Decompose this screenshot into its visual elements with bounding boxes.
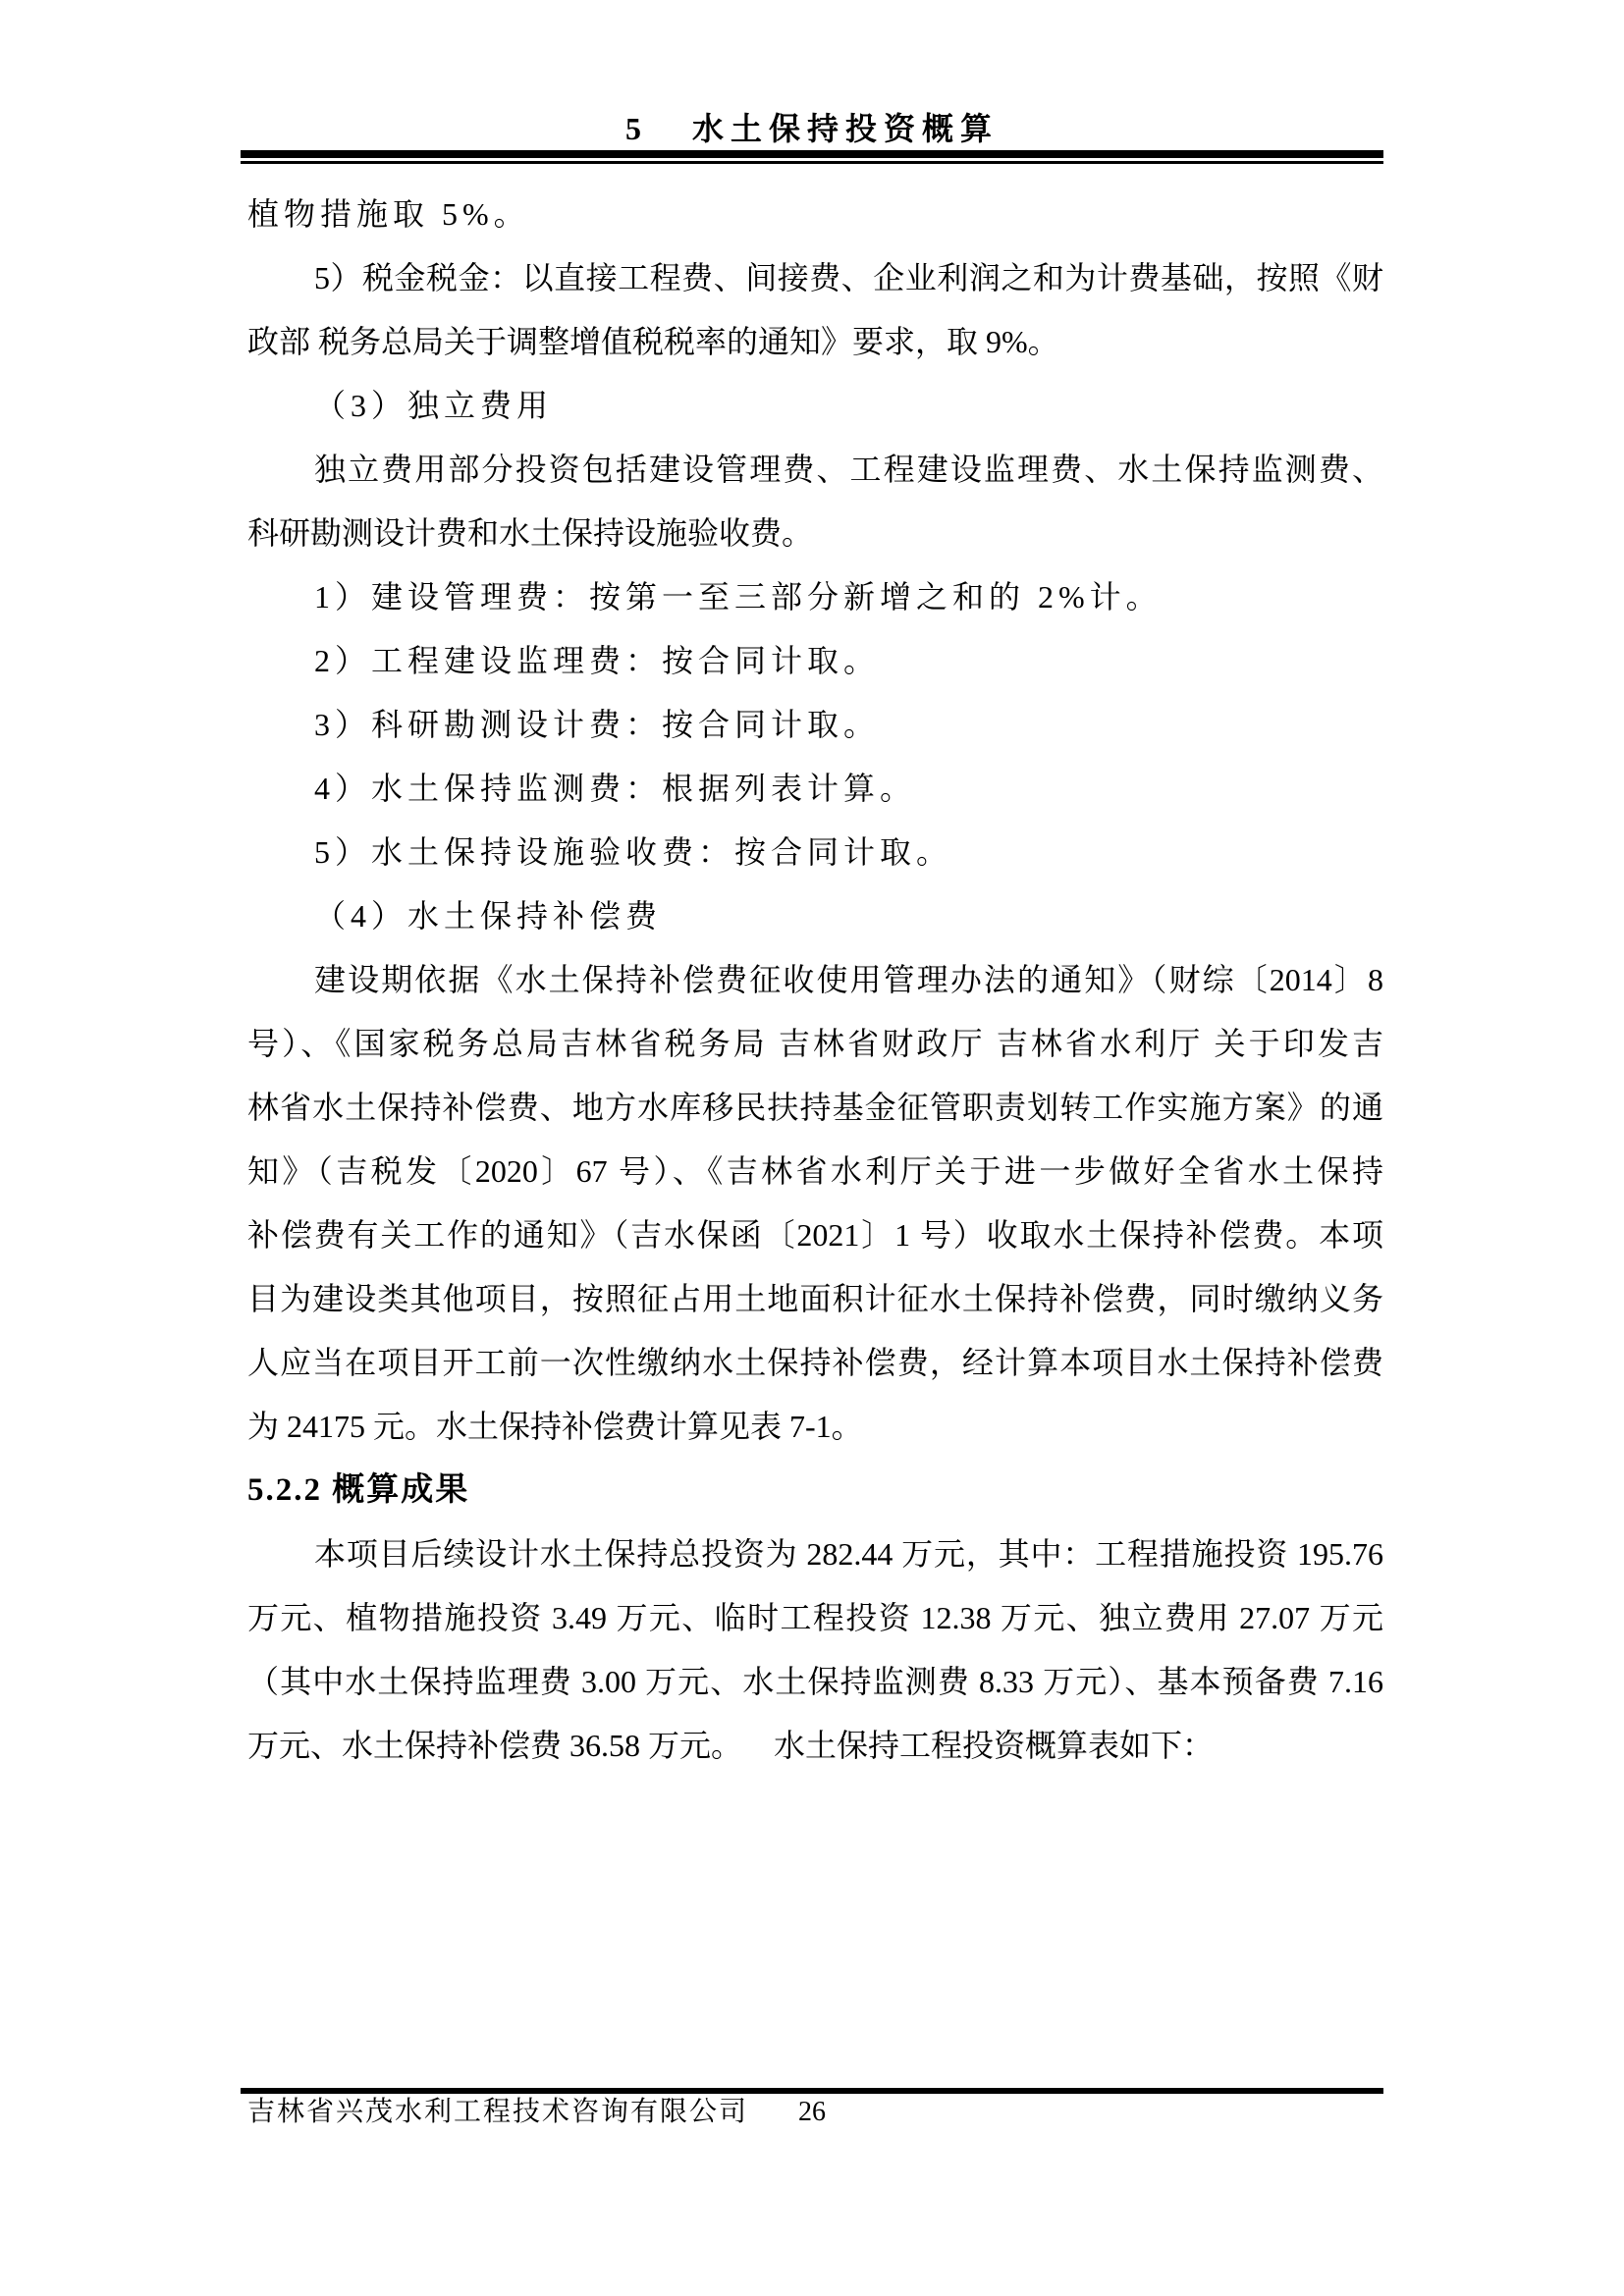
section-heading: 5.2.2 概算成果 [247,1459,1383,1522]
body-line: 政部 税务总局关于调整增值税税率的通知》要求，取 9%。 [247,310,1383,374]
header-rule-thick [241,150,1383,158]
footer-page-number: 26 [0,2093,1624,2132]
body-line: 4）水土保持监测费：根据列表计算。 [247,757,1383,821]
body-line: 5）水土保持设施验收费：按合同计取。 [247,821,1383,884]
body-line: 林省水土保持补偿费、地方水库移民扶持基金征管职责划转工作实施方案》的通 [247,1076,1383,1140]
body-line: 万元、水土保持补偿费 36.58 万元。 水土保持工程投资概算表如下： [247,1714,1383,1778]
body-line: 人应当在项目开工前一次性缴纳水土保持补偿费，经计算本项目水土保持补偿费 [247,1331,1383,1395]
body-line: 3）科研勘测设计费：按合同计取。 [247,693,1383,757]
body-line: 植物措施取 5%。 [247,183,1383,246]
body-line: 1）建设管理费：按第一至三部分新增之和的 2%计。 [247,565,1383,629]
body-line: 科研勘测设计费和水土保持设施验收费。 [247,502,1383,565]
body-line: 万元、植物措施投资 3.49 万元、临时工程投资 12.38 万元、独立费用 2… [247,1586,1383,1650]
body-line: 建设期依据《水土保持补偿费征收使用管理办法的通知》（财综〔2014〕8 [247,948,1383,1012]
body-line: 目为建设类其他项目，按照征占用土地面积计征水土保持补偿费，同时缴纳义务 [247,1267,1383,1331]
header-rule-thin [241,161,1383,164]
body-line: 2）工程建设监理费：按合同计取。 [247,629,1383,693]
body-line: 号）、《国家税务总局吉林省税务局 吉林省财政厅 吉林省水利厅 关于印发吉 [247,1012,1383,1076]
body-line: 本项目后续设计水土保持总投资为 282.44 万元，其中：工程措施投资 195.… [247,1522,1383,1586]
body-line: 独立费用部分投资包括建设管理费、工程建设监理费、水土保持监测费、 [247,438,1383,502]
document-body: 植物措施取 5%。5）税金税金：以直接工程费、间接费、企业利润之和为计费基础，按… [247,183,1383,1778]
body-line: （3）独立费用 [247,374,1383,438]
body-line: 补偿费有关工作的通知》（吉水保函〔2021〕1 号）收取水土保持补偿费。本项 [247,1203,1383,1267]
page-header-chapter-title: 5 水土保持投资概算 [0,104,1624,149]
body-line: 知》（吉税发〔2020〕67 号）、《吉林省水利厅关于进一步做好全省水土保持 [247,1140,1383,1203]
body-line: （其中水土保持监理费 3.00 万元、水土保持监测费 8.33 万元）、基本预备… [247,1650,1383,1714]
document-page: 5 水土保持投资概算 植物措施取 5%。5）税金税金：以直接工程费、间接费、企业… [0,0,1624,2296]
body-line: （4）水土保持补偿费 [247,884,1383,948]
body-line: 为 24175 元。水土保持补偿费计算见表 7-1。 [247,1395,1383,1459]
body-line: 5）税金税金：以直接工程费、间接费、企业利润之和为计费基础，按照《财 [247,246,1383,310]
